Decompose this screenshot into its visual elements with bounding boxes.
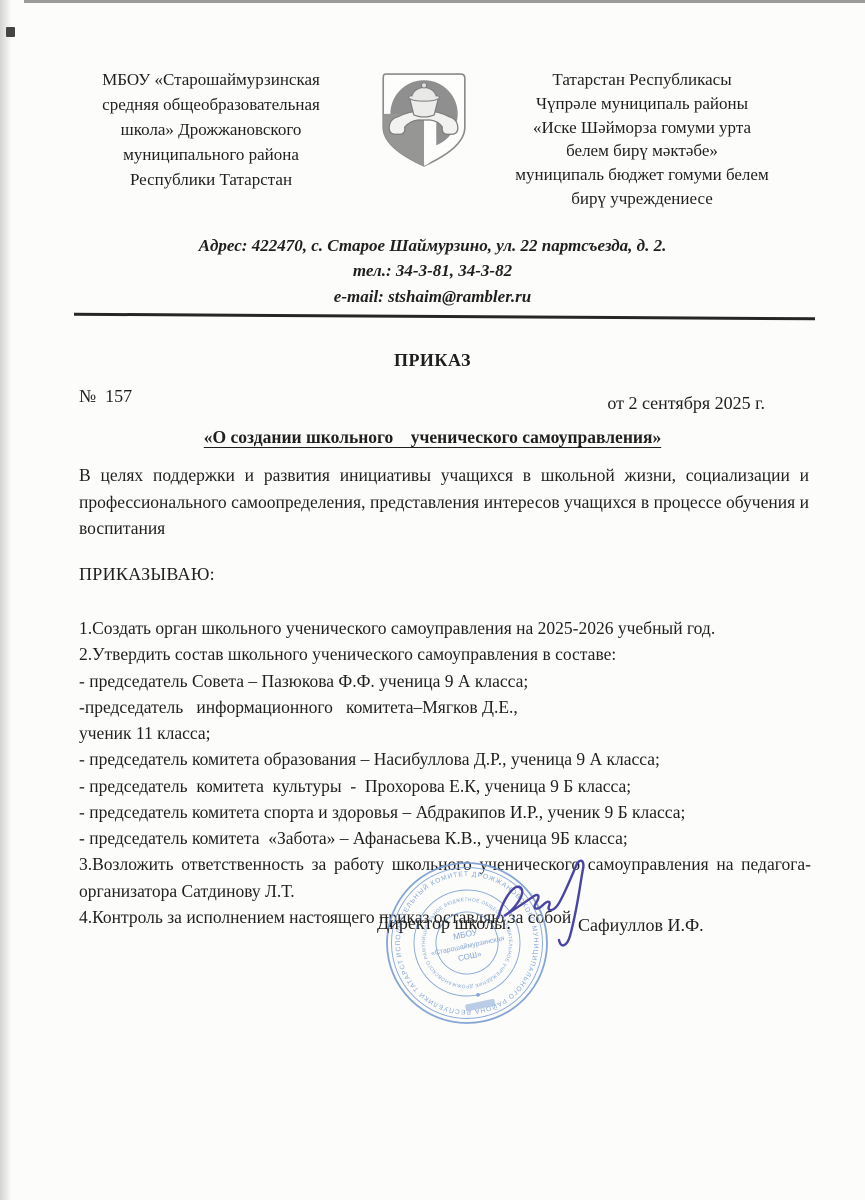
signature-label: Директор школы: [377, 913, 511, 934]
order-item: ученик 11 класса; [79, 720, 811, 746]
number-date-row: № 157 от 2 сентября 2025 г. [79, 386, 765, 407]
director-name: Сафиуллов И.Ф. [578, 915, 704, 936]
order-item: - председатель комитета образования – На… [79, 746, 811, 772]
scan-edge-top [24, 0, 865, 3]
order-item: 2.Утвердить состав школьного ученическог… [79, 641, 811, 667]
divider-rule [74, 313, 815, 321]
signature-area: ИСПОЛНИТЕЛЬНЫЙ КОМИТЕТ ДРОЖЖАНОВСКОГО МУ… [0, 850, 865, 1110]
document-type-heading: ПРИКАЗ [0, 350, 865, 371]
director-signature [490, 856, 628, 956]
phone-line: тел.: 34-3-81, 34-3-82 [0, 258, 865, 284]
org-name-tatar: Татарстан Республикасы Чүпрәле муниципал… [477, 68, 807, 211]
email-line: e-mail: stshaim@rambler.ru [0, 284, 865, 310]
order-title: «О создании школьного ученического самоу… [204, 427, 661, 447]
stamp-separator-dot [476, 993, 480, 997]
letterhead: МБОУ «Старошаймурзинская средняя общеобр… [85, 68, 807, 211]
contact-block: Адрес: 422470, с. Старое Шаймурзино, ул.… [0, 233, 865, 310]
order-date: от 2 сентября 2025 г. [607, 393, 765, 414]
scanned-order-document: МБОУ «Старошаймурзинская средняя общеобр… [0, 0, 865, 1200]
district-coat-of-arms-icon [377, 70, 469, 175]
org-name-russian: МБОУ «Старошаймурзинская средняя общеобр… [85, 68, 337, 193]
order-item: - председатель комитета культуры - Прохо… [79, 773, 811, 799]
order-number: № 157 [79, 386, 132, 407]
order-item: - председатель комитета спорта и здоровь… [79, 799, 811, 825]
order-item: 1.Создать орган школьного ученического с… [79, 615, 811, 641]
order-item: - председатель комитета «Забота» – Афана… [79, 825, 811, 851]
preamble-paragraph: В целях поддержки и развития инициативы … [79, 462, 809, 542]
resolution-word: ПРИКАЗЫВАЮ: [79, 564, 865, 585]
order-title-row: «О создании школьного ученического самоу… [0, 427, 865, 448]
scan-speck [6, 27, 15, 37]
address-line: Адрес: 422470, с. Старое Шаймурзино, ул.… [0, 233, 865, 259]
order-item: -председатель информационного комитета–М… [79, 694, 811, 720]
order-item: - председатель Совета – Пазюкова Ф.Ф. уч… [79, 668, 811, 694]
